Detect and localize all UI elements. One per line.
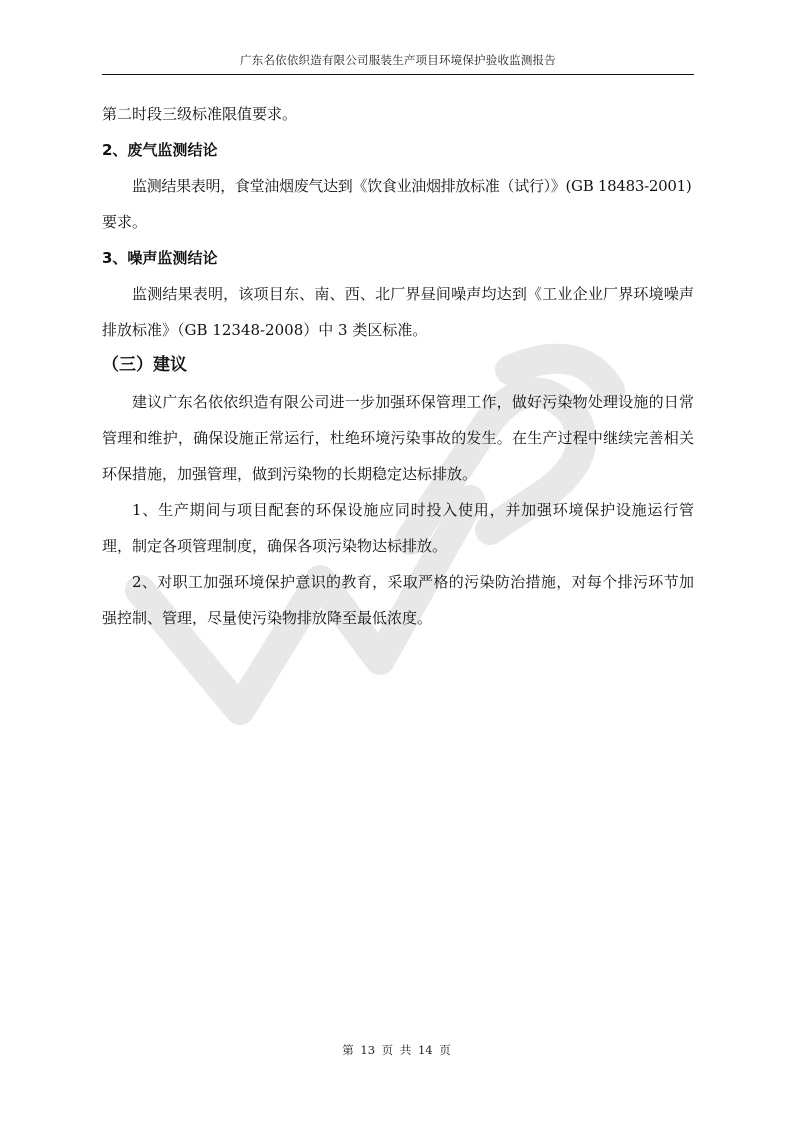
- exhaust-conclusion-text-line1: 监测结果表明，食堂油烟废气达到《饮食业油烟排放标准（试行）》(GB 18483-…: [102, 168, 694, 204]
- suggestions-heading: （三）建议: [102, 348, 694, 382]
- continuation-paragraph: 第二时段三级标准限值要求。: [102, 96, 694, 132]
- page-header-title: 广东名依依织造有限公司服装生产项目环境保护验收监测报告: [102, 52, 694, 68]
- header-divider: [102, 74, 694, 75]
- page-number: 第 13 页 共 14 页: [0, 1042, 793, 1058]
- exhaust-conclusion-heading: 2、废气监测结论: [102, 132, 694, 168]
- suggestions-intro: 建议广东名依依织造有限公司进一步加强环保管理工作，做好污染物处理设施的日常管理和…: [102, 384, 694, 492]
- document-body: 第二时段三级标准限值要求。 2、废气监测结论 监测结果表明，食堂油烟废气达到《饮…: [102, 96, 694, 636]
- suggestion-item: 1、生产期间与项目配套的环保设施应同时投入使用，并加强环境保护设施运行管理，制定…: [102, 492, 694, 564]
- noise-conclusion-text: 监测结果表明，该项目东、南、西、北厂界昼间噪声均达到《工业企业厂界环境噪声排放标…: [102, 276, 694, 348]
- suggestion-item: 2、对职工加强环境保护意识的教育，采取严格的污染防治措施，对每个排污环节加强控制…: [102, 564, 694, 636]
- exhaust-conclusion-text-line2: 要求。: [102, 204, 694, 240]
- noise-conclusion-heading: 3、噪声监测结论: [102, 240, 694, 276]
